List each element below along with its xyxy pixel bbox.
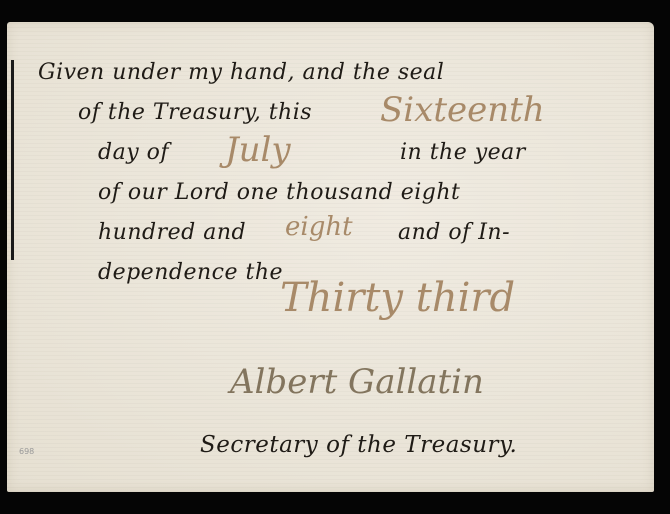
printed-line-7: and of In- <box>398 220 510 245</box>
printed-line-3: day of <box>98 140 169 165</box>
signature: Albert Gallatin <box>230 362 484 402</box>
signatory-title: Secretary of the Treasury. <box>200 432 517 458</box>
left-margin-bracket <box>11 60 14 260</box>
catalog-mark: 698 <box>19 447 34 456</box>
printed-line-1: Given under my hand, and the seal <box>38 60 444 85</box>
printed-line-6: hundred and <box>98 220 246 245</box>
printed-line-8: dependence the <box>98 260 283 285</box>
handwritten-independence-year: Thirty third <box>280 275 515 321</box>
document-paper <box>7 22 654 492</box>
handwritten-month: July <box>225 130 291 170</box>
handwritten-day: Sixteenth <box>380 90 545 130</box>
printed-line-2: of the Treasury, this <box>78 100 312 125</box>
printed-line-5: of our Lord one thousand eight <box>98 180 460 205</box>
printed-line-4: in the year <box>400 140 526 165</box>
handwritten-year: eight <box>285 212 353 242</box>
